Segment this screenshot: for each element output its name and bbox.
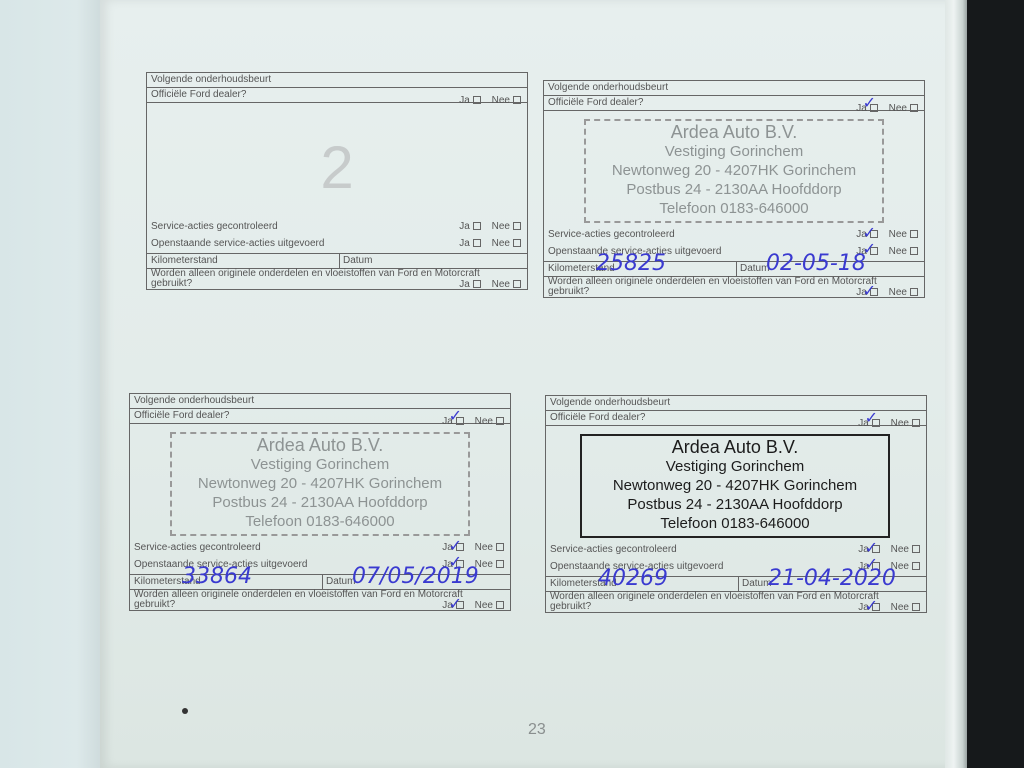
stamp-company: Ardea Auto B.V. xyxy=(594,123,874,142)
no-label: Nee xyxy=(492,238,510,249)
dealer-stamp: Ardea Auto B.V. Vestiging Gorinchem Newt… xyxy=(580,434,890,538)
yes-label: Ja xyxy=(459,279,470,290)
dealer-check: ✓ xyxy=(863,93,876,112)
original-parts-label: Worden alleen originele onderdelen en vl… xyxy=(550,592,890,612)
yes-label: Ja xyxy=(459,238,470,249)
original-parts-label: Worden alleen originele onderdelen en vl… xyxy=(134,590,474,610)
no-label: Nee xyxy=(891,418,909,429)
no-checkbox[interactable] xyxy=(910,288,918,296)
yes-checkbox[interactable] xyxy=(473,280,481,288)
service-card: Volgende onderhoudsbeurt Officiële Ford … xyxy=(129,393,511,611)
original-parts-label: Worden alleen originele onderdelen en vl… xyxy=(548,277,888,297)
yes-checkbox[interactable] xyxy=(473,96,481,104)
no-label: Nee xyxy=(475,600,493,611)
page-edge xyxy=(945,0,967,768)
next-service-label: Volgende onderhoudsbeurt xyxy=(134,395,254,406)
original-parts-check: ✓ xyxy=(865,596,878,615)
stamp-address: Newtonweg 20 - 4207HK Gorinchem xyxy=(180,474,460,493)
no-checkbox[interactable] xyxy=(912,603,920,611)
open-actions-check: ✓ xyxy=(865,554,878,573)
stamp-postbox: Postbus 24 - 2130AA Hoofddorp xyxy=(594,180,874,199)
no-checkbox[interactable] xyxy=(912,545,920,553)
no-label: Nee xyxy=(891,544,909,555)
km-value[interactable]: 33864 xyxy=(182,564,252,589)
yes-checkbox[interactable] xyxy=(473,239,481,247)
date-label: Datum xyxy=(343,255,372,266)
yes-label: Ja xyxy=(459,221,470,232)
no-checkbox[interactable] xyxy=(513,222,521,230)
left-page xyxy=(0,0,110,768)
next-service-label: Volgende onderhoudsbeurt xyxy=(548,82,668,93)
next-service-label: Volgende onderhoudsbeurt xyxy=(151,74,271,85)
dealer-stamp: Ardea Auto B.V. Vestiging Gorinchem Newt… xyxy=(170,432,470,536)
km-label: Kilometerstand xyxy=(151,255,218,266)
no-label: Nee xyxy=(891,602,909,613)
no-checkbox[interactable] xyxy=(912,562,920,570)
dealer-yes-no: Ja Nee xyxy=(459,95,521,106)
stamp-postbox: Postbus 24 - 2130AA Hoofddorp xyxy=(590,495,880,514)
dealer-stamp: Ardea Auto B.V. Vestiging Gorinchem Newt… xyxy=(584,119,884,223)
service-checked-yes-no: Ja Nee xyxy=(459,221,521,232)
next-service-label: Volgende onderhoudsbeurt xyxy=(550,397,670,408)
km-value[interactable]: 25825 xyxy=(596,251,666,276)
open-actions-label: Openstaande service-acties uitgevoerd xyxy=(151,238,324,249)
service-checked-label: Service-acties gecontroleerd xyxy=(151,221,278,232)
service-number: 2 xyxy=(147,133,527,202)
no-checkbox[interactable] xyxy=(513,280,521,288)
stamp-address: Newtonweg 20 - 4207HK Gorinchem xyxy=(594,161,874,180)
service-checked-label: Service-acties gecontroleerd xyxy=(134,542,261,553)
no-label: Nee xyxy=(889,287,907,298)
service-card: Volgende onderhoudsbeurt Officiële Ford … xyxy=(543,80,925,298)
stamp-branch: Vestiging Gorinchem xyxy=(180,455,460,474)
original-parts-label: Worden alleen originele onderdelen en vl… xyxy=(151,269,491,289)
stamp-company: Ardea Auto B.V. xyxy=(590,438,880,457)
no-checkbox[interactable] xyxy=(910,104,918,112)
no-label: Nee xyxy=(475,542,493,553)
service-checked-label: Service-acties gecontroleerd xyxy=(548,229,675,240)
ink-speck xyxy=(182,708,188,714)
yes-label: Ja xyxy=(459,95,470,106)
no-label: Nee xyxy=(889,246,907,257)
no-checkbox[interactable] xyxy=(910,230,918,238)
original-parts-yes-no: Ja Nee xyxy=(459,279,521,290)
no-label: Nee xyxy=(492,95,510,106)
stamp-postbox: Postbus 24 - 2130AA Hoofddorp xyxy=(180,493,460,512)
stamp-phone: Telefoon 0183-646000 xyxy=(180,512,460,531)
dealer-check: ✓ xyxy=(865,408,878,427)
no-checkbox[interactable] xyxy=(496,560,504,568)
page-number: 23 xyxy=(528,721,546,739)
no-checkbox[interactable] xyxy=(513,96,521,104)
no-label: Nee xyxy=(889,229,907,240)
no-checkbox[interactable] xyxy=(912,419,920,427)
no-label: Nee xyxy=(889,103,907,114)
service-card: Volgende onderhoudsbeurt Officiële Ford … xyxy=(545,395,927,613)
stamp-address: Newtonweg 20 - 4207HK Gorinchem xyxy=(590,476,880,495)
open-actions-yes-no: Ja Nee xyxy=(459,238,521,249)
original-parts-check: ✓ xyxy=(449,594,462,613)
stamp-branch: Vestiging Gorinchem xyxy=(590,457,880,476)
service-card: Volgende onderhoudsbeurt Officiële Ford … xyxy=(146,72,528,290)
date-value[interactable]: 02-05-18 xyxy=(766,251,866,276)
no-checkbox[interactable] xyxy=(910,247,918,255)
no-checkbox[interactable] xyxy=(496,417,504,425)
service-checked-label: Service-acties gecontroleerd xyxy=(550,544,677,555)
open-actions-check: ✓ xyxy=(863,239,876,258)
no-checkbox[interactable] xyxy=(513,239,521,247)
original-parts-check: ✓ xyxy=(863,281,876,300)
stamp-branch: Vestiging Gorinchem xyxy=(594,142,874,161)
no-label: Nee xyxy=(492,221,510,232)
no-label: Nee xyxy=(475,416,493,427)
stamp-phone: Telefoon 0183-646000 xyxy=(594,199,874,218)
km-value[interactable]: 40269 xyxy=(598,566,668,591)
dealer-check: ✓ xyxy=(449,406,462,425)
no-label: Nee xyxy=(492,279,510,290)
no-checkbox[interactable] xyxy=(496,543,504,551)
stamp-company: Ardea Auto B.V. xyxy=(180,436,460,455)
stamp-phone: Telefoon 0183-646000 xyxy=(590,514,880,533)
open-actions-check: ✓ xyxy=(449,552,462,571)
no-checkbox[interactable] xyxy=(496,601,504,609)
yes-checkbox[interactable] xyxy=(473,222,481,230)
